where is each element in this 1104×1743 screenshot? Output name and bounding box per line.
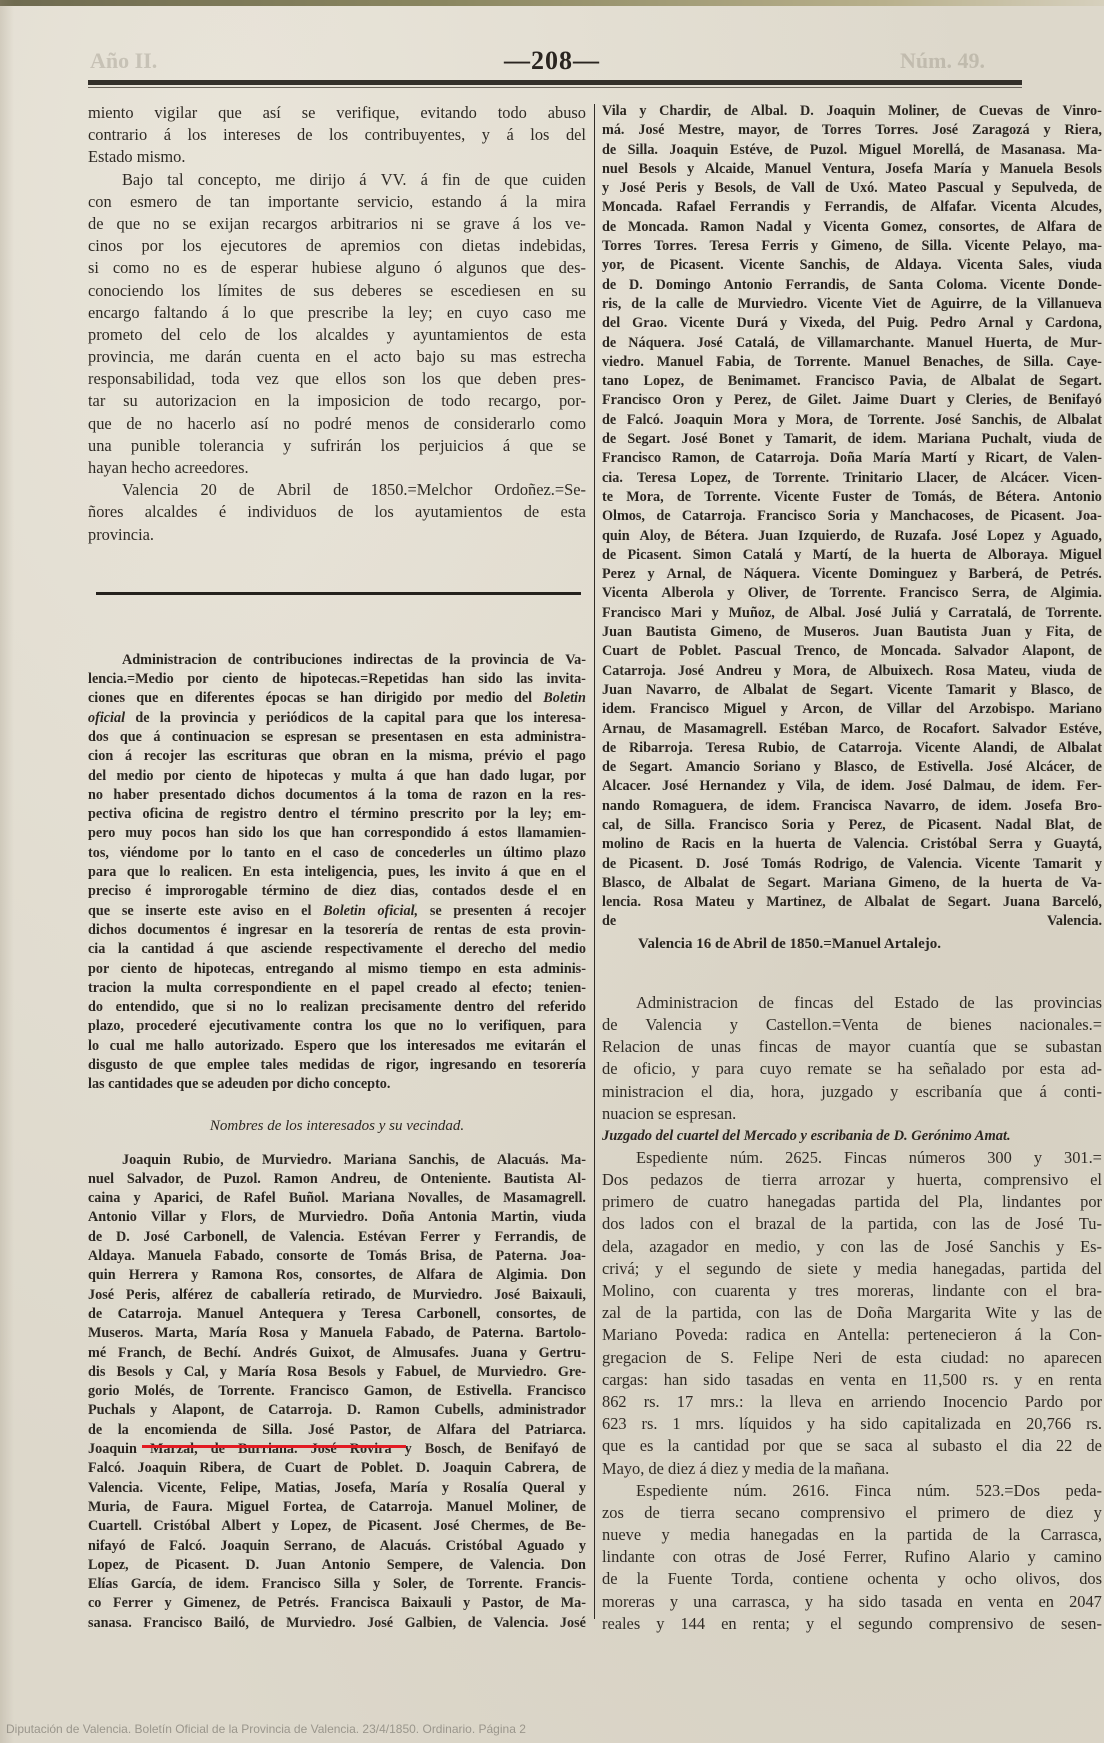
text-line: VilayChardir,deAlbal.D.JoaquinMoliner,de… [602,102,1102,121]
text-line: viedro.ManuelFabia,deTorrente.ManuelBena… [602,353,1102,372]
text-line: yor,dePicasent.VicenteSanchis,deAldaya.V… [602,256,1102,275]
names-heading: Nombres de los interesados y su vecindad… [88,1115,586,1137]
text-line: nandoRomaguera,deidem.FranciscaNavarro,d… [602,797,1102,816]
text-line: teMora,deTorrente.VicenteFusterdeTomás,d… [602,488,1102,507]
text-line: dela,azagadorenmedio,yconlasdeJoséSanchi… [602,1236,1102,1258]
scan-left-edge [0,0,14,1743]
text-line: delaencomiendadeSilla.JoséPastor,deAlfar… [88,1421,586,1440]
text-line: nuelBesolsyAlcaide,ManuelVentura,JosefaM… [602,160,1102,179]
text-line: oficialdelaprovinciayperiódicosdelacapit… [88,709,586,728]
header-rule-thin [88,87,1022,88]
text-line: cia.TeresaLopez,deTorrente.TrinitarioLla… [602,469,1102,488]
text-line: lencia.RosaMateuyMartinez,deAlbalatdeSeg… [602,893,1102,912]
text-line: gregaciondeS.FelipeNerideestaciudad:noap… [602,1347,1102,1369]
text-line: quinHerrerayRamonaRos,consortes,deAlfara… [88,1266,586,1285]
text-line: gorioMolés,deTorrente.FranciscoGamon,deE… [88,1382,586,1401]
text-line: dosladosconelbrazaldelapartida,conlasdeJ… [602,1213,1102,1235]
text-line: queeslacantidadporquesesacaalsubastoeldi… [602,1435,1102,1457]
text-line: Relaciondeunasfincasdemayorcuantíaqueses… [602,1036,1102,1058]
text-line: pectivaoficinaderegistrodentroeltérminop… [88,805,586,824]
text-line: nuacion se espresan. [602,1103,1102,1125]
text-line: Aldaya.ManuelaFabado,consortedeTomásBris… [88,1247,586,1266]
text-line: deD.JoséCarbonell,deValencia.EstévanFerr… [88,1228,586,1247]
text-line: Catarroja.JoséAndreuyMora,deAlbuixech.Ro… [602,662,1102,681]
expedientes: Espedientenúm.2625.Fincasnúmeros300y301.… [602,1147,1102,1635]
text-line: dePicasent.D.JoséTomásRodrigo,deValencia… [602,855,1102,874]
text-line: Estado mismo. [88,146,586,168]
names-signature: Valencia 16 de Abril de 1850.=Manuel Art… [602,932,1102,956]
text-line: PerezyArnal,deNáquera.VicenteDominguezyB… [602,565,1102,584]
text-line: cionesqueendiferentesépocassehandirigido… [88,689,586,708]
text-line: prometodelcelodelosalcaldesyayuntamiento… [88,324,586,346]
text-line: nuelSalvador,dePuzol.RamonAndreu,deOnten… [88,1170,586,1189]
text-line: tanoLopez,deBenimamet.FranciscoPavia,deA… [602,372,1102,391]
text-line: deNáquera.JoséCatalá,deVillamarchante.Ma… [602,334,1102,353]
text-line: quinAloy,deBétera.JuanIzquierdo,deRuzafa… [602,527,1102,546]
text-line: tos,viéndomeporlotantoenelcasodeconceder… [88,844,586,863]
right-column: VilayChardir,deAlbal.D.JoaquinMoliner,de… [602,102,1102,1635]
text-line: Mayo, de diez á diez y media de la mañan… [602,1458,1102,1480]
text-line: Dospedazosdetierraarrozaryhuerta,compren… [602,1169,1102,1191]
footer-caption: Diputación de Valencia. Boletín Oficial … [6,1722,526,1736]
text-line: dichosdocumentoséingresarenlatesoreríade… [88,921,586,940]
text-line: má.JoséMestre,mayor,deTorresTorres.JoséZ… [602,121,1102,140]
text-line: paraquelorealicen.Enestainteligencia,pue… [88,863,586,882]
text-line: cal,deSilla.FranciscoSoriayPerez,dePicas… [602,816,1102,835]
text-line: Molino,concuarentaytresmoreras,lindantec… [602,1280,1102,1302]
text-line: FranciscoOronyPerez,deGilet.JaimeDuartyC… [602,391,1102,410]
text-line: Espedientenúm.2625.Fincasnúmeros300y301.… [602,1147,1102,1169]
text-line: FranciscoMariyMuñoz,deAlbal.JoséJuliáyCa… [602,604,1102,623]
text-line: conociendoloslímitesdesusdeberesseescedi… [88,280,586,302]
left-column: mientovigilarqueasíseverifique,evitandot… [88,102,586,1633]
text-line: JoaquinMarzal,deBurriana.JoséRovirayBosc… [88,1440,586,1459]
text-line: JoséPeris,alférezdecaballeríaretirado,de… [88,1286,586,1305]
text-line: JuanBautistaGimeno,deMuseros.JuanBautist… [602,623,1102,642]
text-line: nifayódeFalcó.JoaquinSerrano,deAlacuás.C… [88,1537,586,1556]
text-line: sicomonoesdeesperarhubiesealgunoóalgunos… [88,257,586,279]
text-line: ñoresalcaldeséindividuosdelosayutamiento… [88,501,586,523]
text-line: Valencia20deAbrilde1850.=MelchorOrdoñez.… [88,479,586,501]
text-line: 623rs.1mrs.líquidosyhasidocapitalizadaen… [602,1413,1102,1435]
text-line: Olmos,deCatarroja.FranciscoSoriayManchac… [602,507,1102,526]
juzgado-heading: Juzgado del cuartel del Mercado y escrib… [602,1125,1102,1147]
text-line: deSegart.JoséBonetyTamarit,deidem.Marian… [602,430,1102,449]
text-line: zosdetierrasecanocomprensivoelprimeroded… [602,1502,1102,1524]
text-line: Espedientenúm.2616.Fincanúm.523.=Dospeda… [602,1480,1102,1502]
text-line: ministracioneldia,hora,juzgadoyescribaní… [602,1081,1102,1103]
text-line: deCatarroja.ManuelAntequerayTeresaCarbon… [88,1305,586,1324]
text-line: precisoéimprorogabletérminodediezdias,co… [88,882,586,901]
text-line: yJoséPerisyBesols,deValldeUxó.MateoPascu… [602,179,1102,198]
text-line: primerodecuatrohanegadaspartidadelPla,li… [602,1191,1102,1213]
text-line: lindanteconotrasdeJoséFerrer,RufinoAlari… [602,1546,1102,1568]
text-line: AntonioVillaryFlors,deMurviedro.DoñaAnto… [88,1208,586,1227]
text-line: deRibarroja.TeresaRubio,deCatarroja.Vice… [602,739,1102,758]
text-line: ElíasGarcía,deidem.FranciscoSillaySoler,… [88,1575,586,1594]
text-line: provincia. [88,524,586,546]
text-line: ris,delacalledeMurviedro.VicenteVietdeAg… [602,295,1102,314]
text-line: Moncada.RafaelFerrandisyFerrandis,deAlfa… [602,198,1102,217]
text-line: deSegart.AmancioSorianoyBlasco,deEstivel… [602,758,1102,777]
text-line: doentendido,quesinolorealizanprecisament… [88,998,586,1017]
text-line: Blasco,deAlbalatdeSegart.MarianaGimeno,d… [602,874,1102,893]
names-list: JoaquinRubio,deMurviedro.MarianaSanchis,… [88,1151,586,1633]
text-line: tarsuautorizacionenlaimposiciondetodorec… [88,390,586,412]
text-line: cargas:hansidotasadasenventaen11,500rs.y… [602,1369,1102,1391]
text-line: deSilla.JoaquinEstéve,dePuzol.MiguelMore… [602,141,1102,160]
text-line: unapunibletoleranciaysufriránlosperjuici… [88,435,586,457]
page-number: —208— [0,46,1104,76]
text-line: JoaquinRubio,deMurviedro.MarianaSanchis,… [88,1151,586,1170]
text-line: JuanNavarro,deAlbalatdeSegart.VicenteTam… [602,681,1102,700]
text-line: Bajotalconcepto,medirijoáVV.áfindequecui… [88,169,586,191]
text-line: cionárecojerlasescriturasqueobranenlamis… [88,747,586,766]
text-line: plazo,procederéejecutivamentecontralosqu… [88,1017,586,1036]
text-line: queseinserteesteavisoenelBoletinoficial,… [88,902,586,921]
text-line: Valencia.Vicente,Felipe,Matias,Josefa,Ma… [88,1479,586,1498]
text-line: cainayAparici,deRafelBuñol.MarianaNovall… [88,1189,586,1208]
text-line: zaldelapartida,conlasdeDoñaMargaritaWite… [602,1302,1102,1324]
text-line: morerasyunacarrasca,yhasidotasadaenventa… [602,1591,1102,1613]
text-line: 862rs.17mrs.:lallevaenarriendoInocencioP… [602,1391,1102,1413]
text-line: quedenohacerloasínopodrémenosdeconsidera… [88,413,586,435]
text-line: TorresTorres.TeresaFerrisyGimeno,deSilla… [602,237,1102,256]
text-line: delaFuenteTorda,contieneochentayochooliv… [602,1568,1102,1590]
text-line: MarianoPoveda:radicaenAntella:pertenecie… [602,1324,1102,1346]
text-line: VicentaAlberolayOliver,deTorrente.Franci… [602,584,1102,603]
text-line: locualmehalloautorizado.Esperoquelosinte… [88,1037,586,1056]
text-line: lencia.=Medioporcientodehipotecas.=Repet… [88,670,586,689]
text-line: Falcó.JoaquinRibera,deCuartdePoblet.D.Jo… [88,1459,586,1478]
text-line: contrarioálosinteresesdeloscontribuyente… [88,124,586,146]
text-line: Museros.Marta,MaríaRosayManuelaFabado,de… [88,1324,586,1343]
fincas-notice: AdministraciondefincasdelEstadodelasprov… [602,992,1102,1125]
text-line: CuartdePoblet.PascualTrenco,deMoncada.Sa… [602,642,1102,661]
text-line: Muria,deFaura.MiguelFortea,deCatarroja.M… [88,1498,586,1517]
text-line: mientovigilarqueasíseverifique,evitandot… [88,102,586,124]
text-line: tracionlamultacorrespondienteenelpapelcr… [88,979,586,998]
text-line: porcientodehipotecas,entregandoalmismoti… [88,960,586,979]
text-line: Cuartell.CristóbalAlbertyLopez,dePicasen… [88,1517,586,1536]
text-line: encargofaltandoáloqueprescribelaley;encu… [88,302,586,324]
text-line: las cantidades que se adeuden por dicho … [88,1075,586,1094]
text-line: Administraciondecontribucionesindirectas… [88,651,586,670]
text-line: dePicasent.SimonCataláyMartí,delahuertad… [602,546,1102,565]
text-line: deoficio,yparacuyorematesehaseñaladopore… [602,1058,1102,1080]
text-line: dequenoseexijanrecargosarbitrariosnisegr… [88,213,586,235]
hipotecas-notice: Administraciondecontribucionesindirectas… [88,651,586,1095]
scan-top-edge [0,0,1104,6]
text-line: molinodeRacisenlahuertadeValencia.Cristó… [602,835,1102,854]
text-line: Arnau,deMasamagrell.EstébanMarco,deRocaf… [602,720,1102,739]
text-line: dosqueácontinuacionseespresansepresentas… [88,728,586,747]
text-line: nohaberpresentadodichosdocumentosálatoma… [88,786,586,805]
text-line: disBesolsyCal,yMaríaRosaBesolsyFabuel,de… [88,1363,586,1382]
text-line: responsabilidad,todavezqueellossonlosque… [88,368,586,390]
text-line: coFerreryGimenez,dePetrés.FranciscaBaixa… [88,1594,586,1613]
text-line: hayan hecho acreedores. [88,457,586,479]
text-line: crivá;yelsegundodesieteymediahanegadas,p… [602,1258,1102,1280]
text-line: realesy144enrenta;yelsegundocomprensivod… [602,1613,1102,1635]
circular-continuation: mientovigilarqueasíseverifique,evitandot… [88,102,586,546]
text-line: deValencia. [602,912,1102,931]
text-line: deValenciayCastellon.=Ventadebienesnacio… [602,1014,1102,1036]
text-line: deD.DomingoAntonioFerrandis,deSantaColom… [602,276,1102,295]
text-line: provincia,medaráncuentaenelactobajosumas… [88,346,586,368]
text-line: delmedioporcientodehipotecasymultaáqueha… [88,767,586,786]
names-list-continued: VilayChardir,deAlbal.D.JoaquinMoliner,de… [602,102,1102,932]
text-line: Lopez,dePicasent.D.JuanAntonioSempere,de… [88,1556,586,1575]
text-line: cinosporlosejecutoresdeapremioscondietas… [88,235,586,257]
text-line: idem.FranciscoMiguelyArcon,deVillardelAr… [602,700,1102,719]
text-line: FranciscoRamon,deCatarroja.DoñaMaríaMart… [602,449,1102,468]
text-line: disgustodequeempleetalesmedidasderigor,i… [88,1056,586,1075]
text-line: delGrao.VicenteDuráyVixeda,delPuig.Pedro… [602,314,1102,333]
text-line: deMoncada.RamonNadalyVicentaGomez,consor… [602,218,1102,237]
text-line: peromuypocoshansidolosquehancorrespondid… [88,824,586,843]
header-rule [88,80,1022,85]
text-line: nueveymediahanegadasenlapartidadelaCarra… [602,1524,1102,1546]
highlight-underline [142,1445,406,1448]
text-line: Alcacer.JoséHernandezyVila,deidem.JoséDa… [602,777,1102,796]
text-line: cialacantidadáqueascienderespectivamente… [88,940,586,959]
text-line: deFalcó.JoaquinMorayMora,deTorrente.José… [602,411,1102,430]
column-divider [594,104,595,1619]
text-line: conesmerodetanimportanteservicio,estando… [88,191,586,213]
text-line: AdministraciondefincasdelEstadodelasprov… [602,992,1102,1014]
text-line: PuchalsyAlapont,deCatarroja.D.RamonCubel… [88,1401,586,1420]
text-line: méFranch,deBechí.AndrésGuixot,deAlmusafe… [88,1344,586,1363]
text-line: sanasa.FranciscoBailó,deMurviedro.JoséGa… [88,1614,586,1633]
